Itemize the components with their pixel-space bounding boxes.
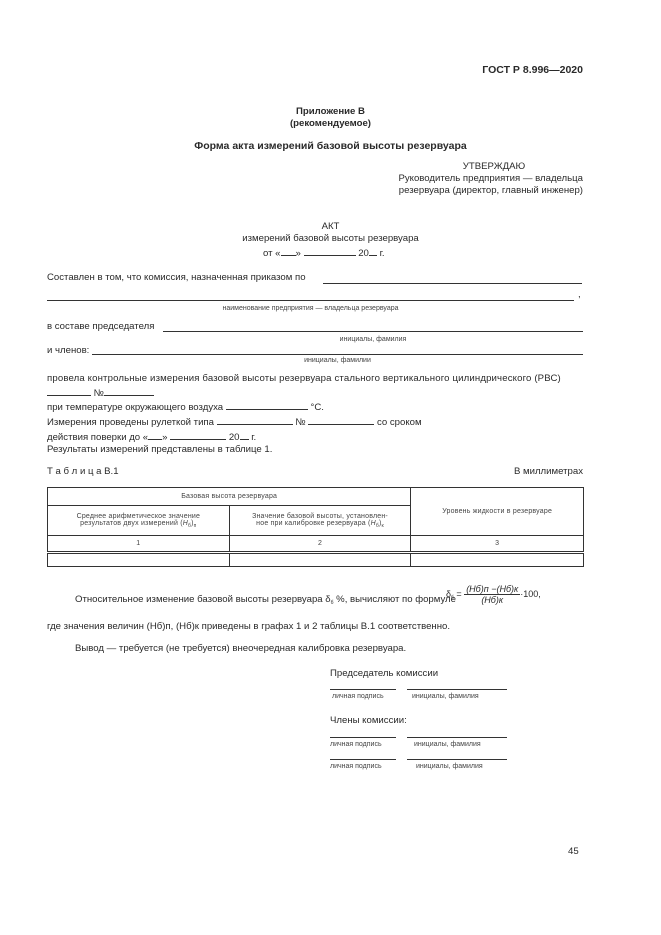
formula: δб = (Hб)п −(Hб)к (Hб)к ·100, [446, 584, 541, 605]
annex-status: (рекомендуемое) [0, 118, 661, 130]
cell-col3[interactable] [411, 553, 584, 567]
act-date: от «» 20 г. [263, 245, 385, 260]
chairman-field[interactable] [163, 331, 583, 332]
day-field[interactable] [281, 245, 296, 256]
member2-signature-caption: личная подпись [330, 762, 382, 771]
chairman-title: Председатель комиссии [330, 668, 438, 680]
tape-type-field[interactable] [217, 414, 293, 425]
verification-month-field[interactable] [170, 429, 226, 440]
results-text: Результаты измерений представлены в табл… [47, 444, 272, 456]
page-number: 45 [568, 846, 579, 858]
cell-col1[interactable] [48, 553, 230, 567]
cell-col2[interactable] [229, 553, 411, 567]
chairman-signature-field[interactable] [330, 689, 396, 690]
members-field[interactable] [92, 354, 583, 355]
verification-day-field[interactable] [148, 429, 162, 440]
table-caption: Т а б л и ц а В.1 [47, 466, 119, 478]
table-row [48, 553, 584, 567]
year-field[interactable] [369, 245, 377, 256]
member1-name-caption: инициалы, фамилия [414, 740, 481, 749]
month-field[interactable] [304, 245, 356, 256]
where-text: где значения величин (Hб)п, (Hб)к привед… [47, 621, 450, 633]
tape-number-field[interactable] [308, 414, 374, 425]
member2-name-field[interactable] [407, 759, 507, 760]
standard-number: ГОСТ Р 8.996—2020 [400, 64, 583, 76]
table-units: В миллиметрах [450, 466, 583, 478]
enterprise-field[interactable] [47, 300, 574, 301]
member2-name-caption: инициалы, фамилия [416, 762, 483, 771]
verification-row: действия поверки до «» 20 г. [47, 429, 256, 444]
col-number-2: 2 [229, 536, 411, 553]
chairman-name-caption: инициалы, фамилия [412, 692, 479, 701]
group-header: Базовая высота резервуара [48, 488, 411, 506]
comma: , [578, 289, 581, 301]
tank-number-row: № [47, 385, 154, 400]
enterprise-caption: наименование предприятия — владельца рез… [47, 304, 574, 313]
col-number-1: 1 [48, 536, 230, 553]
approval-label: УТВЕРЖДАЮ [380, 161, 583, 173]
act-subtitle: измерений базовой высоты резервуара [0, 233, 661, 245]
form-title: Форма акта измерений базовой высоты резе… [0, 140, 661, 152]
formula-text: Относительное изменение базовой высоты р… [75, 594, 456, 609]
annex-title: Приложение В [0, 106, 661, 118]
temperature-row: при температуре окружающего воздуха °С. [47, 399, 324, 414]
chairman-name-field[interactable] [407, 689, 507, 690]
approval-line-1: Руководитель предприятия — владельца [380, 173, 583, 185]
act-title: АКТ [0, 221, 661, 233]
measurements-table: Базовая высота резервуара Уровень жидкос… [47, 487, 584, 567]
members-caption: инициалы, фамилии [92, 356, 583, 365]
approval-block: УТВЕРЖДАЮ Руководитель предприятия — вла… [380, 161, 583, 197]
order-field[interactable] [323, 283, 582, 284]
verification-year-field[interactable] [240, 429, 249, 440]
member1-name-field[interactable] [407, 737, 507, 738]
temperature-field[interactable] [226, 399, 308, 410]
members-label: и членов: [47, 345, 89, 357]
chairman-signature-caption: личная подпись [332, 692, 384, 701]
formula-fraction: (Hб)п −(Hб)к (Hб)к [464, 584, 520, 605]
member1-signature-caption: личная подпись [330, 740, 382, 749]
col2-header: Значение базовой высоты, установлен- ное… [229, 506, 411, 536]
chairman-label: в составе председателя [47, 321, 154, 333]
member1-signature-field[interactable] [330, 737, 396, 738]
conclusion-text: Вывод — требуется (не требуется) внеочер… [75, 643, 406, 655]
conducted-text: провела контрольные измерения базовой вы… [47, 373, 584, 385]
approval-line-2: резервуара (директор, главный инженер) [380, 185, 583, 197]
col3-header: Уровень жидкости в резервуаре [411, 488, 584, 536]
col-number-3: 3 [411, 536, 584, 553]
members-title: Члены комиссии: [330, 715, 407, 727]
tape-row: Измерения проведены рулеткой типа № со с… [47, 414, 422, 429]
tank-type-field[interactable] [47, 385, 91, 396]
chairman-caption: инициалы, фамилия [163, 335, 583, 344]
composed-text: Составлен в том, что комиссия, назначенн… [47, 272, 306, 284]
member2-signature-field[interactable] [330, 759, 396, 760]
col1-header: Среднее арифметическое значение результа… [48, 506, 230, 536]
tank-number-field[interactable] [104, 385, 154, 396]
